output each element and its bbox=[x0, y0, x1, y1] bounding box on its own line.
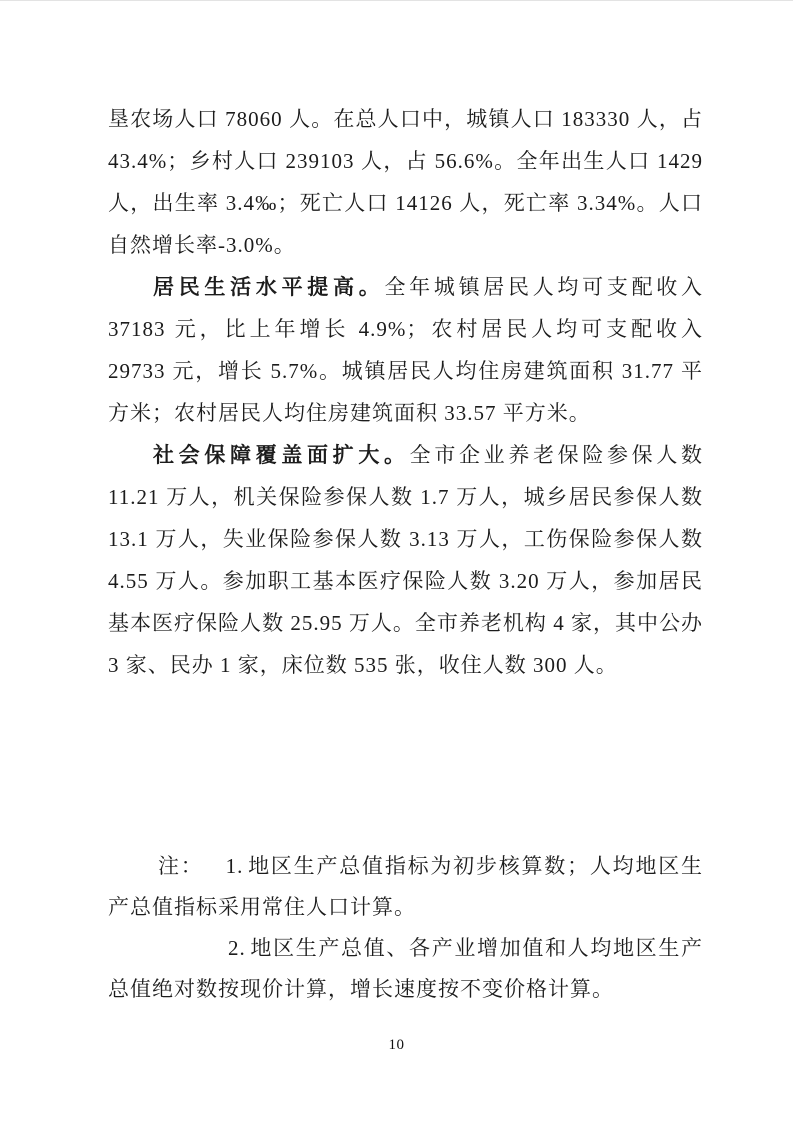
paragraph-text: 全市企业养老保险参保人数 11.21 万人，机关保险参保人数 1.7 万人，城乡… bbox=[108, 443, 703, 677]
note-label: 注： bbox=[158, 854, 204, 878]
notes-section: 注：1.地区生产总值指标为初步核算数；人均地区生产总值指标采用常住人口计算。 2… bbox=[108, 846, 703, 1010]
note-number: 2. bbox=[228, 936, 246, 960]
paragraph-text: 垦农场人口 78060 人。在总人口中，城镇人口 183330 人，占 43.4… bbox=[108, 107, 703, 257]
document-body: 垦农场人口 78060 人。在总人口中，城镇人口 183330 人，占 43.4… bbox=[108, 98, 703, 686]
note-2: 2.地区生产总值、各产业增加值和人均地区生产总值绝对数按现价计算，增长速度按不变… bbox=[108, 928, 703, 1010]
note-number: 1. bbox=[226, 854, 244, 878]
page-number: 10 bbox=[0, 1037, 793, 1054]
note-1: 注：1.地区生产总值指标为初步核算数；人均地区生产总值指标采用常住人口计算。 bbox=[108, 846, 703, 928]
paragraph-population: 垦农场人口 78060 人。在总人口中，城镇人口 183330 人，占 43.4… bbox=[108, 98, 703, 266]
document-page: 垦农场人口 78060 人。在总人口中，城镇人口 183330 人，占 43.4… bbox=[0, 0, 793, 1122]
paragraph-lead: 居民生活水平提高。 bbox=[153, 275, 384, 299]
note-text: 地区生产总值、各产业增加值和人均地区生产总值绝对数按现价计算，增长速度按不变价格… bbox=[108, 936, 703, 1001]
paragraph-social-security: 社会保障覆盖面扩大。全市企业养老保险参保人数 11.21 万人，机关保险参保人数… bbox=[108, 434, 703, 686]
paragraph-living-standards: 居民生活水平提高。全年城镇居民人均可支配收入 37183 元，比上年增长 4.9… bbox=[108, 266, 703, 434]
paragraph-lead: 社会保障覆盖面扩大。 bbox=[153, 443, 410, 467]
